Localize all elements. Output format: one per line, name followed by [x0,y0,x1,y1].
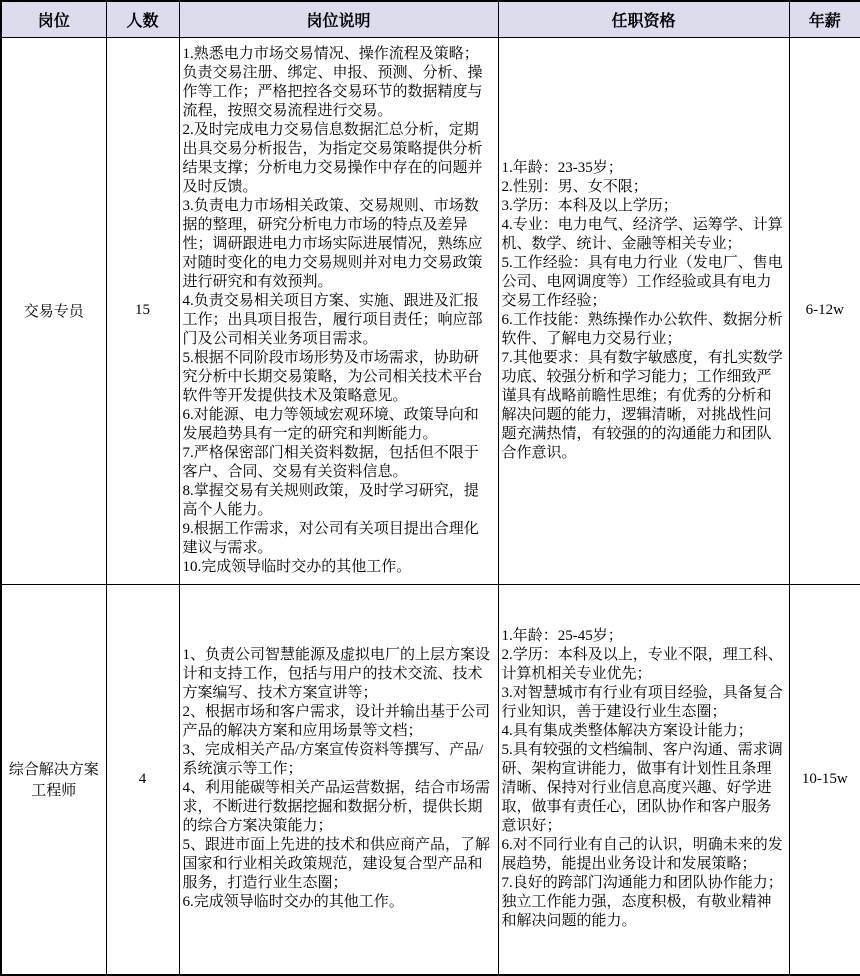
position-name: 综合解决方案工程师 [1,584,106,975]
column-header-qualifications: 任职资格 [498,1,789,37]
column-header-description: 岗位说明 [179,1,498,37]
headcount-value: 4 [106,584,179,975]
job-description: 1.熟悉电力市场交易情况、操作流程及策略；负责交易注册、绑定、申报、预测、分析、… [179,37,498,584]
table-row: 交易专员 15 1.熟悉电力市场交易情况、操作流程及策略；负责交易注册、绑定、申… [1,37,860,584]
job-description: 1、负责公司智慧能源及虚拟电厂的上层方案设计和支持工作，包括与用户的技术交流、技… [179,584,498,975]
headcount-value: 15 [106,37,179,584]
column-header-salary: 年薪 [789,1,860,37]
job-qualifications: 1.年龄：25-45岁； 2.学历：本科及以上，专业不限，理工科、计算机相关专业… [498,584,789,975]
salary-range: 6-12w [789,37,860,584]
table-row: 综合解决方案工程师 4 1、负责公司智慧能源及虚拟电厂的上层方案设计和支持工作，… [1,584,860,975]
column-header-position: 岗位 [1,1,106,37]
job-postings-table: 岗位 人数 岗位说明 任职资格 年薪 交易专员 15 1.熟悉电力市场交易情况、… [0,0,860,976]
column-header-headcount: 人数 [106,1,179,37]
table-header-row: 岗位 人数 岗位说明 任职资格 年薪 [1,1,860,37]
salary-range: 10-15w [789,584,860,975]
job-qualifications: 1.年龄：23-35岁； 2.性别：男、女不限； 3.学历：本科及以上学历； 4… [498,37,789,584]
position-name: 交易专员 [1,37,106,584]
